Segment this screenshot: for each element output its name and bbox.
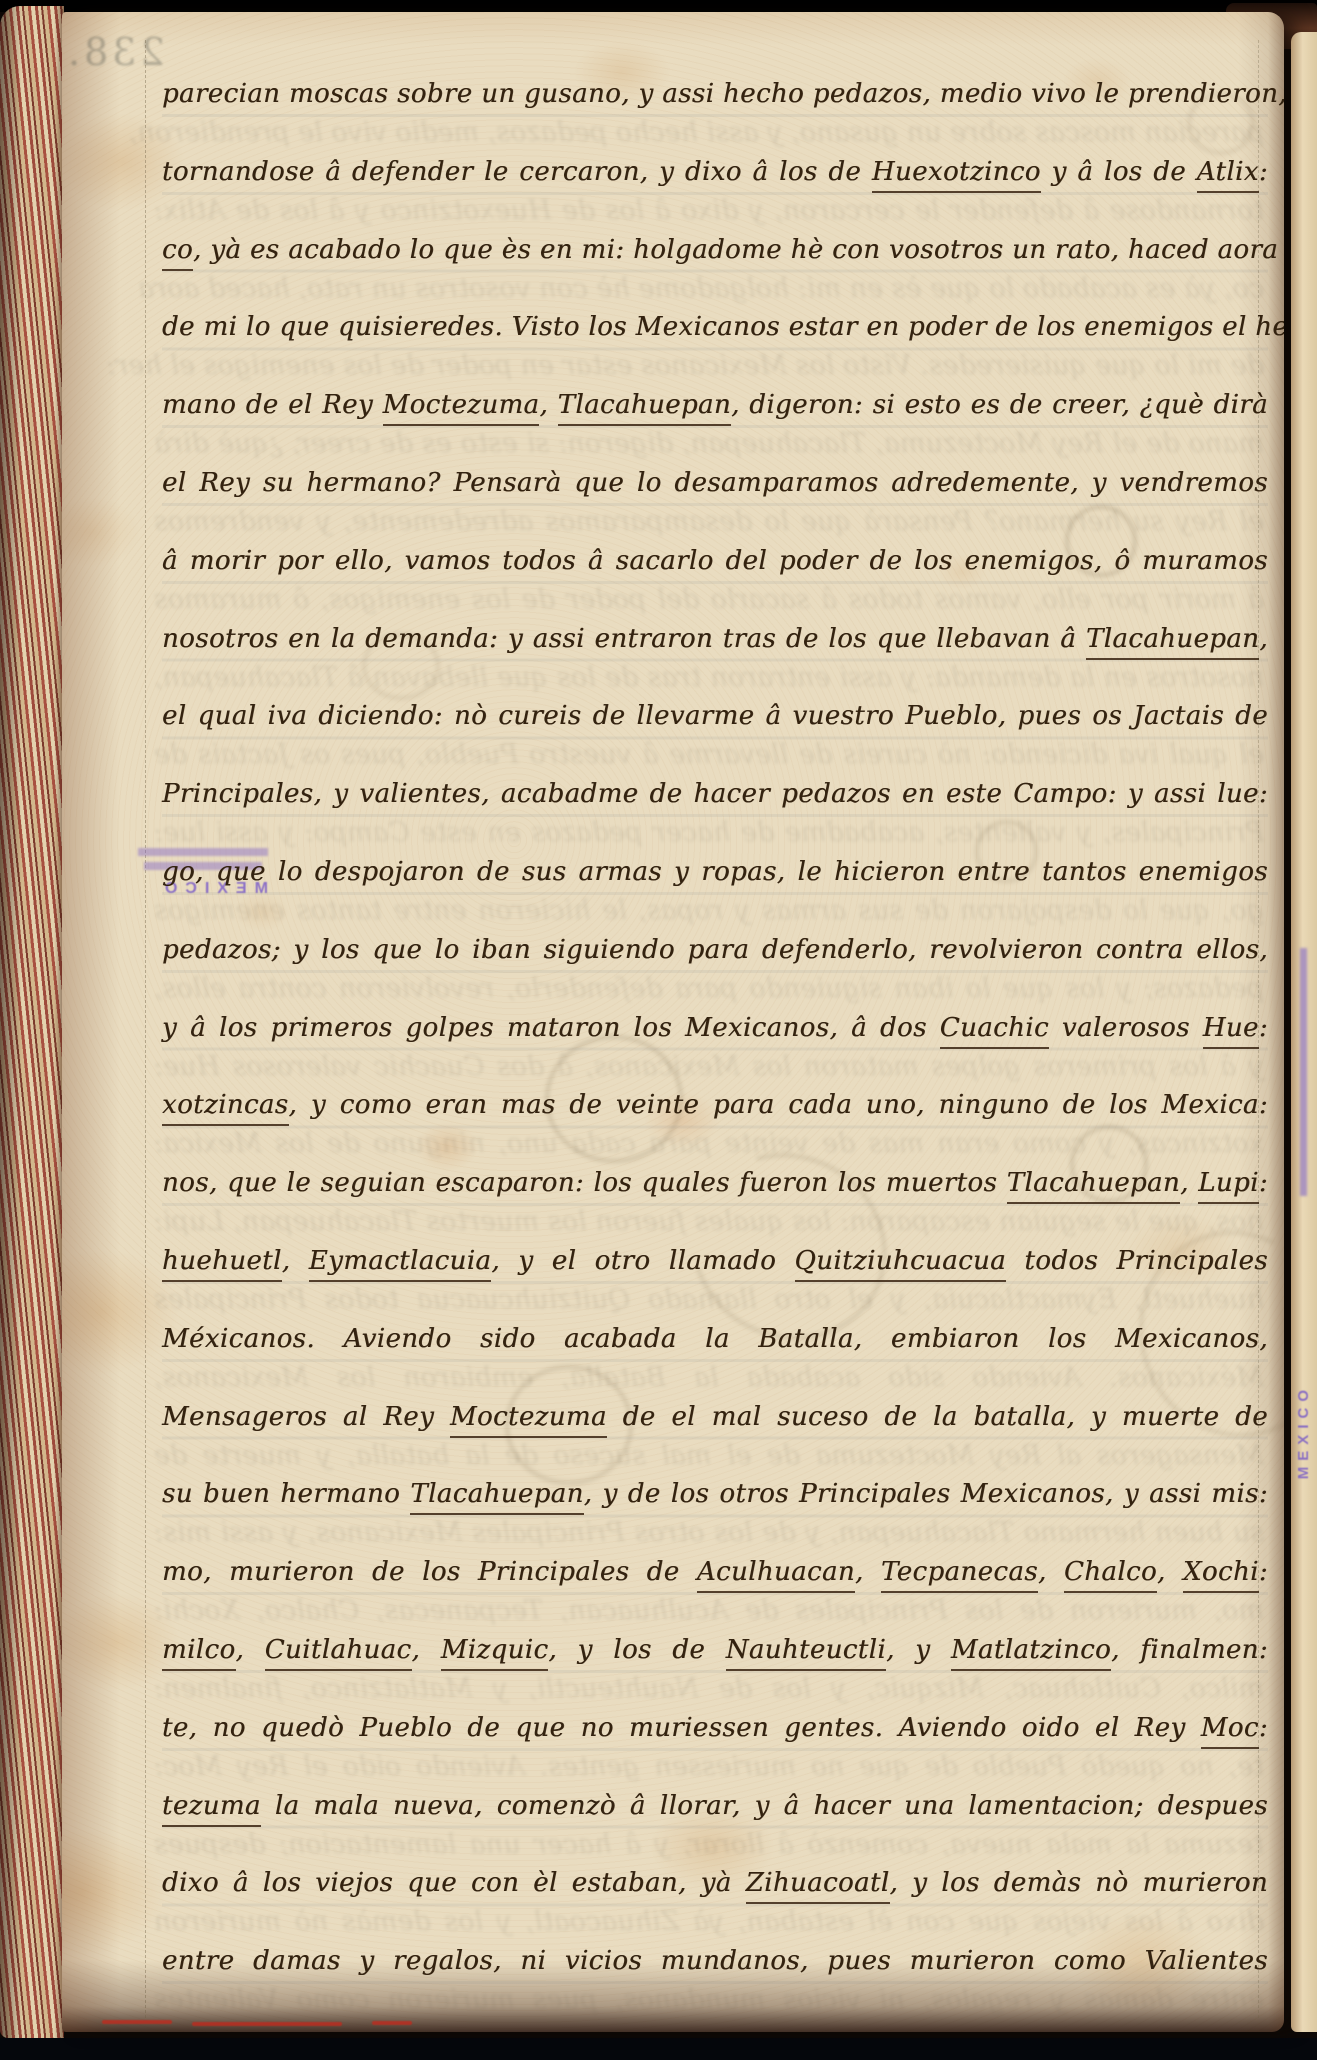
manuscript-line: nosotros en la demanda: y assi entraron … [162,601,1268,679]
manuscript-line: de mi lo que quisieredes. Visto los Mexi… [162,289,1268,367]
manuscript-line: â morir por ello, vamos todos â sacarlo … [162,523,1268,601]
text-segment: mano de el Rey [162,390,383,420]
text-segment: de el mal suceso de la batalla, y muerte… [607,1402,1268,1432]
manuscript-line: pedazos; y los que lo iban siguiendo par… [162,912,1268,990]
underlined-proper-name: Moctezuma [383,390,540,426]
underlined-proper-name: Tlacahuepan [1086,624,1259,660]
manuscript-line: mano de el Rey Moctezuma, Tlacahuepan, d… [162,367,1268,445]
text-segment: pedazos; y los que lo iban siguiendo par… [162,935,1268,965]
manuscript-line: co, yà es acabado lo que ès en mi: holga… [162,212,1268,290]
manuscript-line: parecian moscas sobre un gusano, y assi … [162,56,1268,134]
underlined-proper-name: milco [162,1635,236,1671]
text-segment: y â los de [1041,157,1197,187]
underlined-proper-name: Atlix [1197,157,1259,193]
text-segment: go, que lo despojaron de sus armas y rop… [162,857,1268,887]
manuscript-line: te, no quedò Pueblo de que no muriessen … [162,1690,1268,1768]
scanned-book-photo: 238. parecian moscas sobre un gusano, y … [0,0,1317,2060]
text-segment: , finalmen: [1111,1635,1268,1665]
underlined-proper-name: Tecpanecas [881,1557,1038,1593]
text-segment: nosotros en la demanda: y assi entraron … [162,624,1086,654]
text-segment: , [282,1246,309,1276]
text-segment: , [855,1557,881,1587]
text-segment: : [1259,157,1268,187]
text-segment: , y los de [548,1635,725,1665]
text-segment: â morir por ello, vamos todos â sacarlo … [162,546,1268,576]
underlined-proper-name: Quitziuhcuacua [795,1246,1007,1282]
manuscript-line: tezuma la mala nueva, comenzò â llorar, … [162,1768,1268,1846]
text-segment: te, no quedò Pueblo de que no muriessen … [162,1713,1201,1743]
text-segment: nos, que le seguian escaparon: los quale… [162,1168,1007,1198]
text-segment: de mi lo que quisieredes. Visto los Mexi… [162,312,1284,342]
text-segment: el Rey su hermano? Pensarà que lo desamp… [162,468,1268,498]
manuscript-line: dixo â los viejos que con èl estaban, yà… [162,1845,1268,1923]
manuscript-line: milco, Cuitlahuac, Mizquic, y los de Nau… [162,1612,1268,1690]
manuscript-line: nos, que le seguian escaparon: los quale… [162,1145,1268,1223]
manuscript-line: Mensageros al Rey Moctezuma de el mal su… [162,1379,1268,1457]
text-segment: valerosos [1049,1013,1203,1043]
red-edge-mark [192,2022,342,2026]
text-segment: : [1259,1713,1268,1743]
text-segment: entre damas y regalos, ni vicios mundano… [162,1946,1268,1976]
text-segment: : [1259,1013,1268,1043]
underlined-proper-name: Matlatzinco [951,1635,1111,1671]
underlined-proper-name: Tlacahuepan [410,1479,583,1515]
underlined-proper-name: Tlacahuepan [1007,1168,1180,1204]
text-segment: , [236,1635,265,1665]
text-segment: su buen hermano [162,1479,410,1509]
text-segment: , y [886,1635,951,1665]
manuscript-line: go, que lo despojaron de sus armas y rop… [162,834,1268,912]
underlined-proper-name: co [162,235,193,271]
red-edge-mark [372,2021,412,2025]
text-segment: , [1180,1168,1198,1198]
text-segment: , yà es acabado lo que ès en mi: holgado… [193,235,1278,265]
manuscript-line: entre damas y regalos, ni vicios mundano… [162,1923,1268,2001]
text-segment: : [1259,1168,1268,1198]
text-segment: todos Principales [1006,1246,1268,1276]
manuscript-line: xotzincas, y como eran mas de veinte par… [162,1067,1268,1145]
text-segment: parecian moscas sobre un gusano, y assi … [162,79,1284,109]
underlined-proper-name: Hue [1203,1013,1259,1049]
manuscript-page: 238. parecian moscas sobre un gusano, y … [62,12,1284,2032]
text-segment: Méxicanos. Aviendo sido acabada la Batal… [162,1324,1268,1354]
text-segment: , y de los otros Principales Mexicanos, … [584,1479,1268,1509]
text-segment: Principales, y valientes, acabadme de ha… [162,779,1268,809]
text-segment: tornandose â defender le cercaron, y dix… [162,157,872,187]
text-segment: , y el otro llamado [491,1246,794,1276]
manuscript-text: parecian moscas sobre un gusano, y assi … [162,56,1268,2001]
underlined-proper-name: Tlacahuepan [558,390,731,426]
text-segment: , [412,1635,441,1665]
text-segment: Mensageros al Rey [162,1402,450,1432]
text-segment: , digeron: si esto es de creer, ¿què dir… [731,390,1268,420]
next-page-edge: MEXICO [1291,32,1317,2032]
manuscript-line: Méxicanos. Aviendo sido acabada la Batal… [162,1301,1268,1379]
underlined-proper-name: Moc [1201,1713,1259,1749]
underlined-proper-name: Cuachic [940,1013,1049,1049]
marbled-page-edges [0,6,64,2038]
underlined-proper-name: Chalco [1064,1557,1157,1593]
underlined-proper-name: Moctezuma [450,1402,607,1438]
underlined-proper-name: Eymactlacuia [309,1246,492,1282]
manuscript-line: el Rey su hermano? Pensarà que lo desamp… [162,445,1268,523]
underlined-proper-name: Mizquic [441,1635,549,1671]
manuscript-line: el qual iva diciendo: nò cureis de lleva… [162,678,1268,756]
text-segment: , [1259,624,1268,654]
text-segment: , y como eran mas de veinte para cada un… [289,1090,1268,1120]
text-segment: y â los primeros golpes mataron los Mexi… [162,1013,940,1043]
edge-stamp-mexico-text: MEXICO [1295,1384,1312,1479]
underlined-proper-name: Aculhuacan [697,1557,855,1593]
text-segment: dixo â los viejos que con èl estaban, yà [162,1868,746,1898]
underlined-proper-name: Xochi [1183,1557,1259,1593]
manuscript-line: Principales, y valientes, acabadme de ha… [162,756,1268,834]
underlined-proper-name: Zihuacoatl [746,1868,890,1904]
text-segment: mo, murieron de los Principales de [162,1557,697,1587]
manuscript-line: tornandose â defender le cercaron, y dix… [162,134,1268,212]
ghost-page-number: 238. [64,30,165,74]
underlined-proper-name: tezuma [162,1791,261,1827]
manuscript-line: mo, murieron de los Principales de Aculh… [162,1534,1268,1612]
text-segment: la mala nueva, comenzò â llorar, y â hac… [261,1791,1268,1821]
manuscript-line: su buen hermano Tlacahuepan, y de los ot… [162,1456,1268,1534]
text-segment: : [1259,1557,1268,1587]
underlined-proper-name: huehuetl [162,1246,282,1282]
manuscript-line: y â los primeros golpes mataron los Mexi… [162,990,1268,1068]
edge-stamp-illegible-line [1300,948,1307,1196]
underlined-proper-name: Lupi [1198,1168,1259,1204]
text-segment: , [1038,1557,1064,1587]
left-margin-rule [145,40,146,2018]
underlined-proper-name: Huexotzinco [872,157,1041,193]
underlined-proper-name: xotzincas [162,1090,289,1126]
text-segment: , [539,390,557,420]
manuscript-line: huehuetl, Eymactlacuia, y el otro llamad… [162,1223,1268,1301]
text-segment: , [1157,1557,1183,1587]
underlined-proper-name: Nauhteuctli [726,1635,886,1671]
text-segment: el qual iva diciendo: nò cureis de lleva… [162,701,1268,731]
text-segment: , y los demàs nò murieron [890,1868,1268,1898]
red-edge-mark [102,2020,172,2024]
underlined-proper-name: Cuitlahuac [265,1635,412,1671]
